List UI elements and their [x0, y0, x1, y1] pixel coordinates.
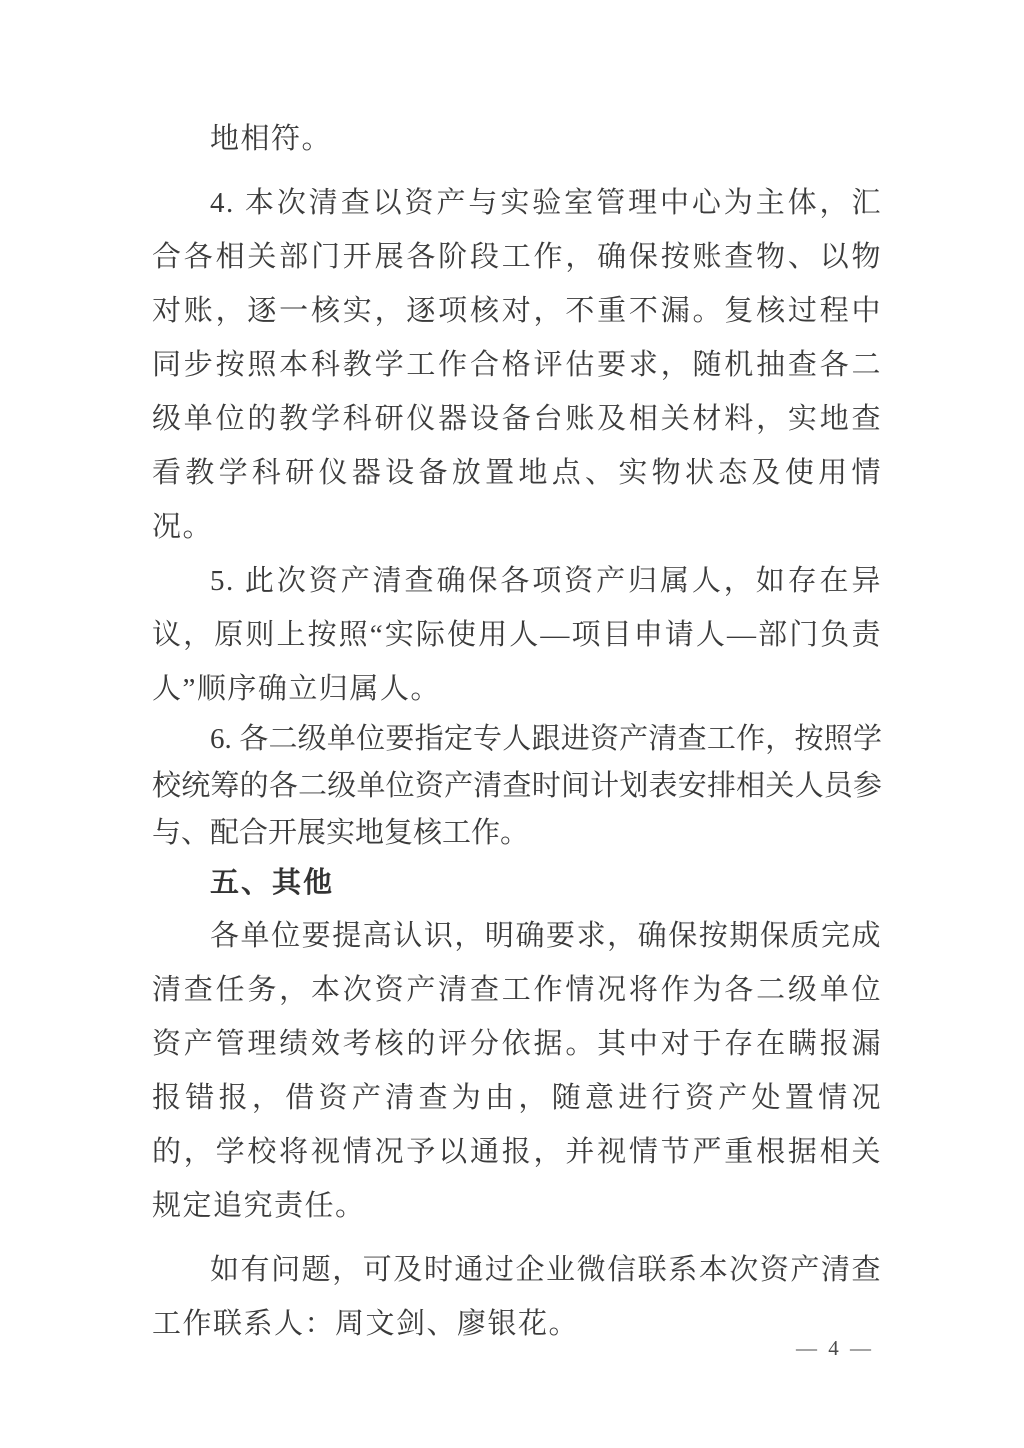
paragraph-item-6: 6. 各二级单位要指定专人跟进资产清查工作，按照学校统筹的各二级单位资产清查时间… [152, 716, 882, 857]
document-page: 地相符。 4. 本次清查以资产与实验室管理中心为主体，汇合各相关部门开展各阶段工… [0, 0, 1024, 1448]
paragraph-continuation: 地相符。 [152, 112, 882, 166]
paragraph-contact-info: 如有问题，可及时通过企业微信联系本次资产清查工作联系人：周文剑、廖银花。 [152, 1243, 882, 1351]
paragraph-others-body: 各单位要提高认识，明确要求，确保按期保质完成清查任务，本次资产清查工作情况将作为… [152, 909, 882, 1233]
page-number: — 4 — [796, 1336, 874, 1361]
paragraph-item-4: 4. 本次清查以资产与实验室管理中心为主体，汇合各相关部门开展各阶段工作，确保按… [152, 176, 882, 554]
paragraph-item-5: 5. 此次资产清查确保各项资产归属人，如存在异议，原则上按照“实际使用人—项目申… [152, 554, 882, 716]
document-body: 地相符。 4. 本次清查以资产与实验室管理中心为主体，汇合各相关部门开展各阶段工… [152, 112, 882, 1351]
section-heading-others: 五、其他 [152, 857, 882, 909]
